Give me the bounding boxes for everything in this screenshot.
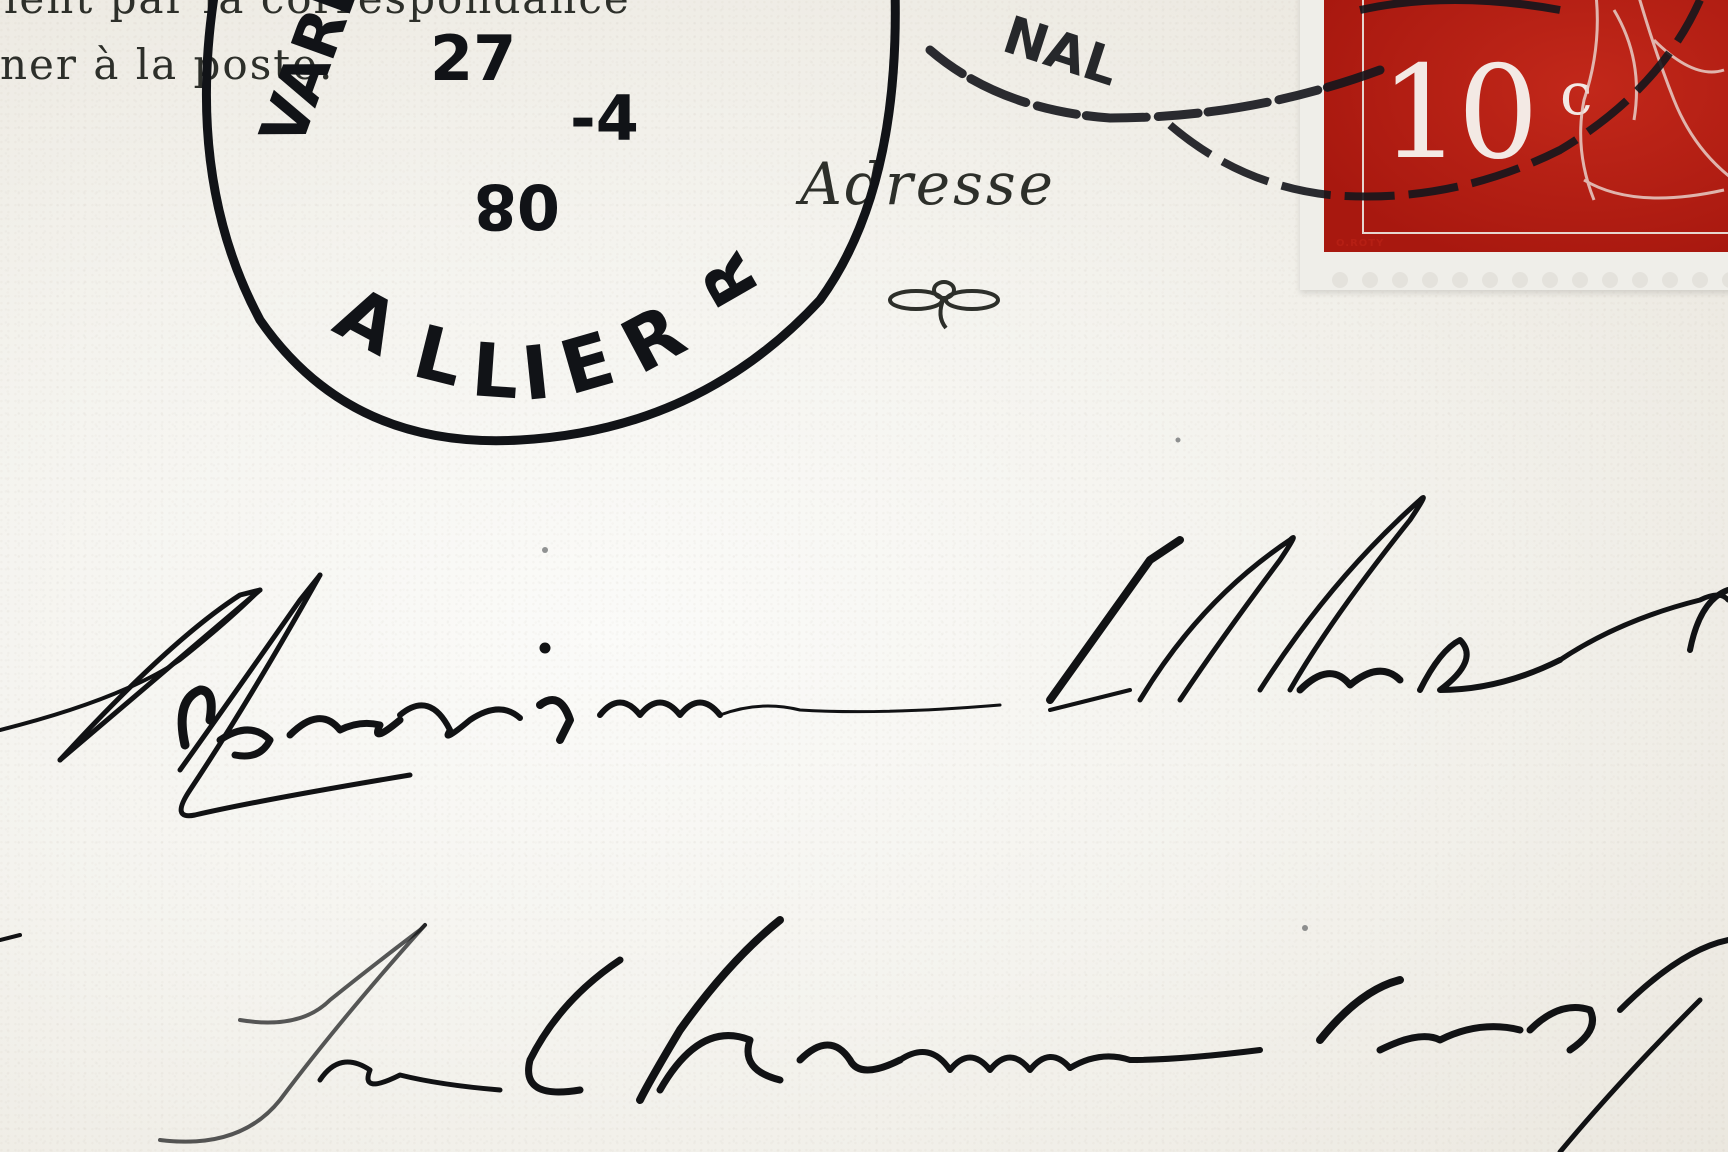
second-postmark-partial: NAL: [930, 0, 1700, 197]
circular-postmark: VARENNES A L L I E R R 27 -4 08: [206, 0, 895, 441]
svg-text:E: E: [551, 316, 623, 413]
svg-text:NAL: NAL: [996, 5, 1126, 98]
svg-text:R: R: [608, 288, 699, 391]
postmark-day: 27: [430, 22, 516, 95]
svg-text:L: L: [406, 309, 473, 404]
postmark-month: -4: [570, 82, 639, 155]
svg-text:R: R: [686, 241, 773, 319]
ink-overlay: VARENNES A L L I E R R 27 -4 08 NAL: [0, 0, 1728, 1152]
postmark-town-top: VARENNES: [245, 0, 441, 155]
svg-text:A: A: [322, 270, 413, 373]
handwriting-line-2: [0, 920, 1728, 1152]
postmark-year: 08: [474, 170, 560, 243]
svg-text:L: L: [469, 327, 522, 416]
svg-text:I: I: [518, 329, 554, 417]
postcard-photo: ient par la correspondance ner à la post…: [0, 0, 1728, 1152]
handwriting-line-1: [0, 498, 1728, 816]
